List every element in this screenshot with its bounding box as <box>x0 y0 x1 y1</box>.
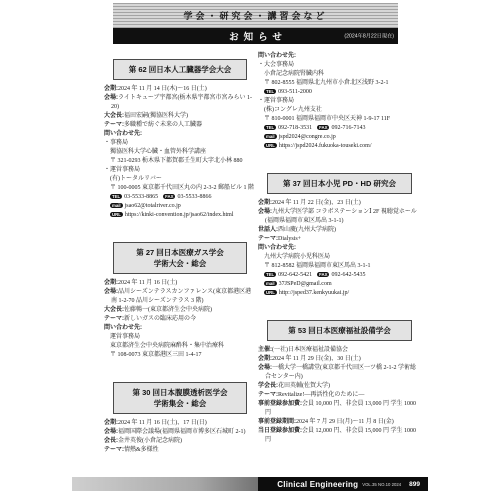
theme-line-label: テーマ: <box>258 236 278 242</box>
president-line-label: 大会長: <box>104 113 124 119</box>
office-line: ・事務局 <box>104 139 256 148</box>
office-name-line: 小倉記念病院腎臓内科 <box>258 70 421 79</box>
url-badge-icon: URL <box>110 212 123 218</box>
office-name-line: 獨協医科大学心臓・血管外科学講座 <box>104 148 256 157</box>
url-line: URLhttp://jsped37.kenkyuukai.jp/ <box>258 289 421 298</box>
venue-line: 会場:ライトキューブ宇都宮(栃木県宇都宮市宮みらい 1-20) <box>104 94 256 112</box>
page-number: 899 <box>409 481 420 488</box>
president-line-label: 会長: <box>104 438 118 444</box>
contact-value: 092-718-3531 <box>278 125 312 131</box>
right-column: 問い合わせ先:・大会事務局小倉記念病院腎臓内科〒 802-8555 福岡県北九州… <box>258 52 421 445</box>
phone-line: TEL092-642-5421FAX092-642-5435 <box>258 271 421 280</box>
email-line: mail37JSPeD@gmail.com <box>258 280 421 289</box>
dates-line: 会期:2024 年 11 月 14 日(木)〜16 日(土) <box>104 85 256 94</box>
address-line: 〒 812-8582 福岡県福岡市東区馬出 3-1-1 <box>258 262 421 271</box>
venue-line-label: 会場: <box>258 209 272 215</box>
conference-title: 第 53 回日本医療福祉設備学会 <box>270 325 409 336</box>
president-line: 大会長:福田宏嗣(獨協医科大学) <box>104 112 256 121</box>
dates-line-label: 会期: <box>104 420 118 426</box>
fax-badge-icon: FAX <box>163 194 175 200</box>
venue-line-label: 会場: <box>104 429 118 435</box>
tel-badge-icon: TEL <box>264 89 276 95</box>
contact-heading: 問い合わせ先: <box>104 324 256 333</box>
url-line: URLhttps://jspd2024.fukuoka-touseki.com/ <box>258 142 421 151</box>
tel-badge-icon: TEL <box>264 125 276 131</box>
mail-badge-icon: mail <box>110 203 123 209</box>
theme-line-label: テーマ: <box>104 447 124 453</box>
pre-registration-period-line-label: 事前登録期間: <box>258 419 296 425</box>
dates-line: 会期:2024 年 11 月 29 日(金)、30 日(土) <box>258 355 421 364</box>
contact-value: 03-5533-8866 <box>177 194 211 200</box>
notice-title: お知らせ <box>224 29 287 43</box>
dates-line-label: 会期: <box>104 280 118 286</box>
address-line: 〒 100-0005 東京都千代田区丸の内 2-3-2 郵船ビル 1 階 <box>104 184 256 193</box>
president-line: 大会長:佐藤暢一(東京都済生会中央病院) <box>104 306 256 315</box>
office-name-line: 東京都済生会中央病院麻酔科・集中治療科 <box>104 342 256 351</box>
footer-journal-info: Clinical Engineering VOL.35 NO.10 2024 8… <box>258 477 428 491</box>
conference-title: 学術集会・総会 <box>116 398 244 409</box>
theme-line-label: テーマ: <box>258 392 278 398</box>
conference-section-jspd30: 第 30 回日本腹膜透析医学会学術集会・総会会期:2024 年 11 月 16 … <box>104 382 256 455</box>
theme-line: テーマ:Dialysis+ <box>258 235 421 244</box>
header-category-label: 学会・研究会・講習会など <box>183 9 327 22</box>
pre-registration-period-line: 事前登録期間:2024 年 7 月 29 日(月)〜11 月 8 日(金) <box>258 418 421 427</box>
address-line: 〒 802-8555 福岡県北九州市小倉北区浅野 3-2-1 <box>258 79 421 88</box>
sponsor-line: 主催:(一社)日本医療福祉設備協会 <box>258 346 421 355</box>
conference-title-box: 第 27 回日本医療ガス学会学術大会・総会 <box>113 242 247 274</box>
tel-badge-icon: TEL <box>110 194 122 200</box>
president-line-label: 学会長: <box>258 383 278 389</box>
email-line: mailjsao62@totalriver.co.jp <box>104 202 256 211</box>
theme-line: テーマ:情熱&多様性 <box>104 446 256 455</box>
pre-registration-fee-line: 事前登録参加費:会員 10,000 円、非会員 13,000 円 学生 1000… <box>258 400 421 418</box>
address-line: 〒 810-0001 福岡県福岡市中央区天神 1-9-17 11F <box>258 115 421 124</box>
journal-logo: Clinical Engineering <box>277 480 358 489</box>
url-line: URLhttps://kinki-convention.jp/jsao62/in… <box>104 211 256 220</box>
president-line-label: 大会長: <box>104 307 124 313</box>
conference-title: 第 30 回日本腹膜透析医学会 <box>116 387 244 398</box>
url-badge-icon: URL <box>264 143 277 149</box>
president-line: 会長:金井英俊(小倉記念病院) <box>104 437 256 446</box>
header-category-band: 学会・研究会・講習会など <box>113 3 398 28</box>
conference-title-box: 第 30 回日本腹膜透析医学会学術集会・総会 <box>113 382 247 414</box>
left-column: 第 62 回日本人工臓器学会大会会期:2024 年 11 月 14 日(木)〜1… <box>104 52 256 455</box>
contact-value: http://jsped37.kenkyuukai.jp/ <box>279 290 349 296</box>
conference-title: 第 62 回日本人工臓器学会大会 <box>116 64 244 75</box>
conference-title: 第 37 回日本小児 PD・HD 研究会 <box>270 178 409 189</box>
tel-badge-icon: TEL <box>264 272 276 278</box>
venue-line: 会場:九州大学医学部 コラボステーションⅠ 2F 視聴覚ホール(福岡県福岡市東区… <box>258 208 421 226</box>
contact-value: 092-642-5421 <box>278 272 312 278</box>
mail-badge-icon: mail <box>264 281 277 287</box>
email-line: mailjspd2024@congre.co.jp <box>258 133 421 142</box>
venue-line-label: 会場: <box>104 95 118 101</box>
venue-line-label: 会場: <box>104 289 118 295</box>
mail-badge-icon: mail <box>264 134 277 140</box>
contact-value: https://jspd2024.fukuoka-touseki.com/ <box>279 143 372 149</box>
phone-line: TEL093-511-2000 <box>258 88 421 97</box>
office-line: ・大会事務局 <box>258 61 421 70</box>
notice-bar: お知らせ (2024年8月22日現在) <box>113 28 398 44</box>
office-name-line: (株)コングレ九州支社 <box>258 106 421 115</box>
dates-line: 会期:2024 年 11 月 22 日(金)、23 日(土) <box>258 199 421 208</box>
venue-line: 会場:一橋大学一橋講堂(東京都千代田区一ツ橋 2-1-2 学術総合センター内) <box>258 364 421 382</box>
sponsor-line-label: 主催: <box>258 347 272 353</box>
conference-section-heaj53: 第 53 回日本医療福祉設備学会主催:(一社)日本医療福祉設備協会会期:2024… <box>258 320 421 445</box>
contact-value: 03-5533-8865 <box>124 194 158 200</box>
venue-line: 会場:品川シーズンテラスカンファレンス(東京都港区港南 1-2-70 品川シーズ… <box>104 288 256 306</box>
conference-title-box: 第 37 回日本小児 PD・HD 研究会 <box>267 173 412 194</box>
conference-section-jspd30-contact: 問い合わせ先:・大会事務局小倉記念病院腎臓内科〒 802-8555 福岡県北九州… <box>258 52 421 151</box>
office-line: ・運営事務局 <box>104 166 256 175</box>
dates-line: 会期:2024 年 11 月 16 日(土)、17 日(日) <box>104 419 256 428</box>
theme-line-label: テーマ: <box>104 316 124 322</box>
contact-value: 093-511-2000 <box>278 89 312 95</box>
dates-line-label: 会期: <box>104 86 118 92</box>
phone-line: TEL03-5533-8865FAX03-5533-8866 <box>104 193 256 202</box>
theme-line: テーマ:新しいガスの臨床応用の今 <box>104 315 256 324</box>
address-line: 〒 321-0293 栃木県下都賀郡壬生町大字北小林 880 <box>104 157 256 166</box>
conference-title: 第 27 回日本医療ガス学会 <box>116 247 244 258</box>
dates-line-label: 会期: <box>258 356 272 362</box>
contact-heading-label: 問い合わせ先: <box>104 325 142 331</box>
contact-value: https://kinki-convention.jp/jsao62/index… <box>125 212 234 218</box>
journal-volume: VOL.35 NO.10 2024 <box>362 482 401 487</box>
conference-title: 学術大会・総会 <box>116 258 244 269</box>
dates-line-label: 会期: <box>258 200 272 206</box>
magazine-page: 学会・研究会・講習会など お知らせ (2024年8月22日現在) 第 62 回日… <box>0 0 500 500</box>
contact-heading-label: 問い合わせ先: <box>104 131 142 137</box>
contact-heading: 問い合わせ先: <box>258 52 421 61</box>
theme-line: テーマ:Revitalize!―再活性化のために― <box>258 391 421 400</box>
organizer-line: 世話人:西山慶(九州大学病院) <box>258 226 421 235</box>
notice-as-of-date: (2024年8月22日現在) <box>344 33 394 40</box>
contact-value: 092-642-5435 <box>331 272 365 278</box>
president-line: 学会長:花田英輔(佐賀大学) <box>258 382 421 391</box>
contact-heading: 問い合わせ先: <box>104 130 256 139</box>
fax-badge-icon: FAX <box>317 272 329 278</box>
venue-line-label: 会場: <box>258 365 272 371</box>
conference-title-box: 第 53 回日本医療福祉設備学会 <box>267 320 412 341</box>
onsite-fee-line-label: 当日登録参加費: <box>258 428 302 434</box>
office-name-line: (有)トータルリバー <box>104 175 256 184</box>
onsite-fee-line: 当日登録参加費:会員 12,000 円、非会員 15,000 円 学生 1000… <box>258 427 421 445</box>
contact-value: jspd2024@congre.co.jp <box>279 134 336 140</box>
theme-line-label: テーマ: <box>104 122 124 128</box>
office-line: ・運営事務局 <box>258 97 421 106</box>
fax-badge-icon: FAX <box>317 125 329 131</box>
pre-registration-fee-line-label: 事前登録参加費: <box>258 401 302 407</box>
phone-line: TEL092-718-3531FAX092-716-7143 <box>258 124 421 133</box>
conference-section-jsped37: 第 37 回日本小児 PD・HD 研究会会期:2024 年 11 月 22 日(… <box>258 173 421 298</box>
theme-line: テーマ:多職種で紡ぐ未来の人工臓器 <box>104 121 256 130</box>
address-line: 〒 108-0073 東京都港区三田 1-4-17 <box>104 351 256 360</box>
organizer-line-label: 世話人: <box>258 227 278 233</box>
dates-line: 会期:2024 年 11 月 16 日(土) <box>104 279 256 288</box>
contact-value: 092-716-7143 <box>331 125 365 131</box>
contact-heading-label: 問い合わせ先: <box>258 245 296 251</box>
venue-line: 会場:福岡国際会議場(福岡県福岡市博多区石城町 2-1) <box>104 428 256 437</box>
conference-section-jsao62: 第 62 回日本人工臓器学会大会会期:2024 年 11 月 14 日(木)〜1… <box>104 59 256 220</box>
contact-heading-label: 問い合わせ先: <box>258 53 296 59</box>
office-name-line: 九州大学病院小児科医局 <box>258 253 421 262</box>
conference-title-box: 第 62 回日本人工臓器学会大会 <box>113 59 247 80</box>
contact-value: jsao62@totalriver.co.jp <box>125 203 181 209</box>
footer-bar: Clinical Engineering VOL.35 NO.10 2024 8… <box>72 477 428 491</box>
conference-section-gas27: 第 27 回日本医療ガス学会学術大会・総会会期:2024 年 11 月 16 日… <box>104 242 256 360</box>
office-line: 運営事務局 <box>104 333 256 342</box>
contact-heading: 問い合わせ先: <box>258 244 421 253</box>
contact-value: 37JSPeD@gmail.com <box>279 281 332 287</box>
url-badge-icon: URL <box>264 290 277 296</box>
